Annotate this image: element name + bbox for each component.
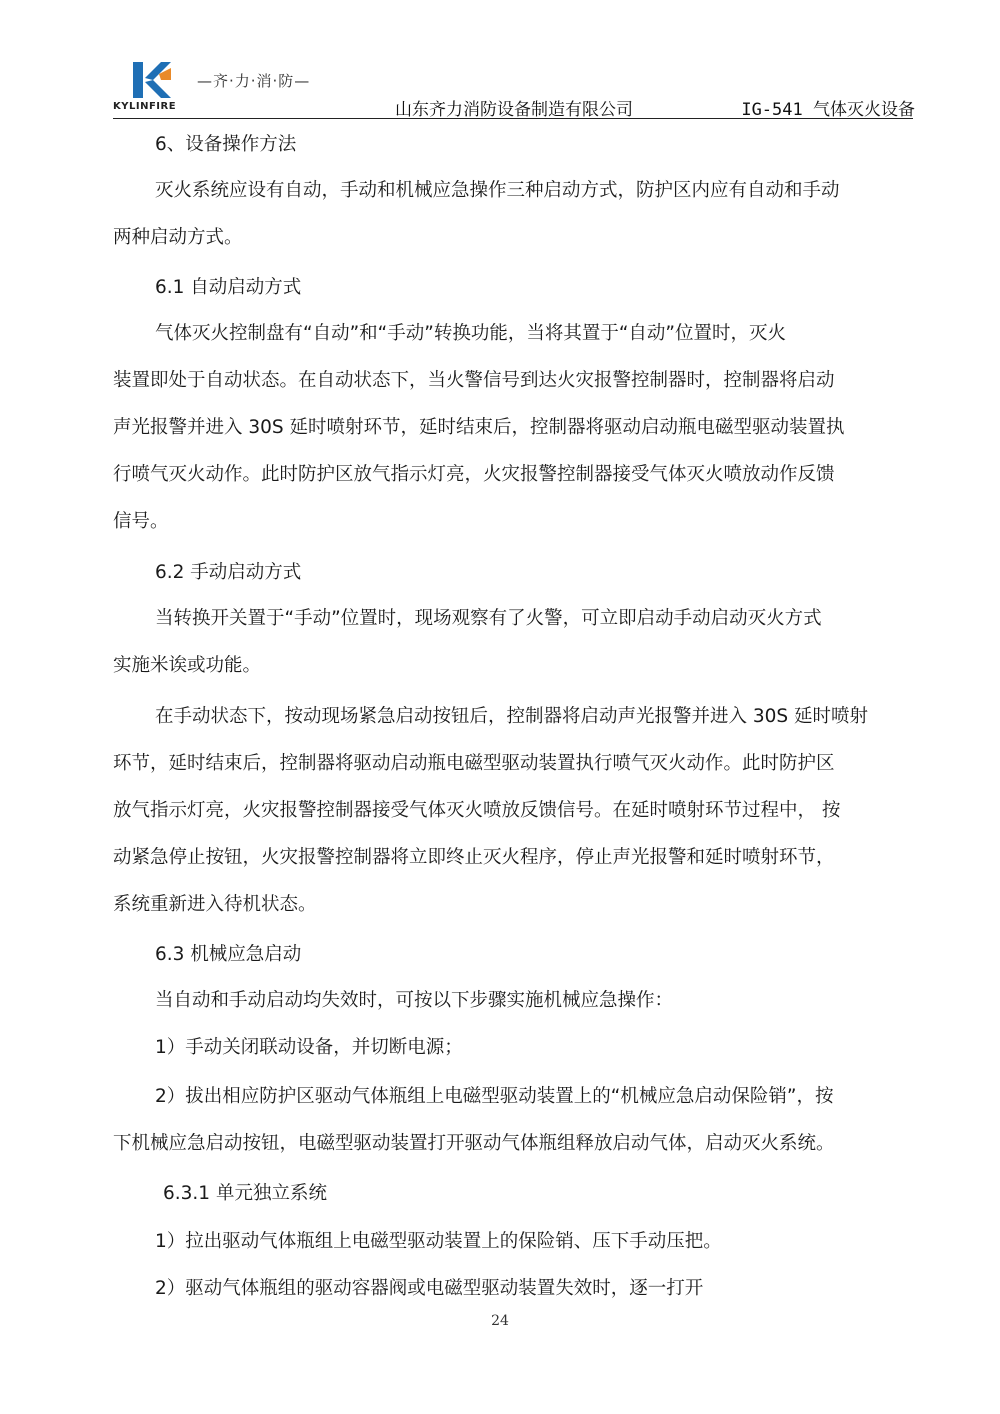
header-divider <box>113 118 913 119</box>
subsection-heading: 6.3.1 单元独立系统 <box>163 1179 327 1209</box>
section-heading: 6、设备操作方法 <box>155 130 296 160</box>
paragraph-line: 系统重新进入待机状态。 <box>113 890 317 920</box>
page-header: KYLINFIRE —齐·力·消·防— 山东齐力消防设备制造有限公司 IG-54… <box>113 58 915 118</box>
list-item: 2）驱动气体瓶组的驱动容器阀或电磁型驱动装置失效时，逐一打开 <box>155 1274 703 1304</box>
product-name: 气体灭火设备 <box>813 100 915 120</box>
paragraph-line: 行喷气灭火动作。此时防护区放气指示灯亮，火灾报警控制器接受气体灭火喷放动作反馈 <box>113 460 835 490</box>
paragraph-line: 声光报警并进入 30S 延时喷射环节，延时结束后，控制器将驱动启动瓶电磁型驱动装… <box>113 413 845 443</box>
paragraph-line: 动紧急停止按钮，火灾报警控制器将立即终止灭火程序，停止声光报警和延时喷射环节， <box>113 843 835 873</box>
section-heading: 6.3 机械应急启动 <box>155 940 301 970</box>
company-logo: KYLINFIRE <box>113 58 203 118</box>
paragraph-line: 信号。 <box>113 507 169 537</box>
section-heading: 6.2 手动启动方式 <box>155 558 301 588</box>
logo-wordmark: KYLINFIRE <box>113 101 176 112</box>
product-code: IG-541 <box>741 100 802 120</box>
section-heading: 6.1 自动启动方式 <box>155 273 301 303</box>
paragraph-line: 灭火系统应设有自动，手动和机械应急操作三种启动方式，防护区内应有自动和手动 <box>155 176 840 206</box>
paragraph-line: 当自动和手动启动均失效时，可按以下步骤实施机械应急操作： <box>155 986 673 1016</box>
paragraph-line: 实施米诶或功能。 <box>113 651 261 681</box>
company-name: 山东齐力消防设备制造有限公司 <box>395 95 633 120</box>
paragraph-line: 放气指示灯亮，火灾报警控制器接受气体灭火喷放反馈信号。在延时喷射环节过程中， 按 <box>113 796 840 826</box>
paragraph-line: 下机械应急启动按钮，电磁型驱动装置打开驱动气体瓶组释放启动气体，启动灭火系统。 <box>113 1129 835 1159</box>
paragraph-line: 两种启动方式。 <box>113 223 243 253</box>
paragraph-line: 在手动状态下，按动现场紧急启动按钮后，控制器将启动声光报警并进入 30S 延时喷… <box>155 702 868 732</box>
page-number: 24 <box>0 1313 1000 1329</box>
paragraph-line: 装置即处于自动状态。在自动状态下，当火警信号到达火灾报警控制器时，控制器将启动 <box>113 366 835 396</box>
paragraph-line: 气体灭火控制盘有“自动”和“手动”转换功能，当将其置于“自动”位置时，灭火 <box>155 319 786 349</box>
list-item: 2）拔出相应防护区驱动气体瓶组上电磁型驱动装置上的“机械应急启动保险销”，按 <box>155 1082 833 1112</box>
paragraph-line: 环节，延时结束后，控制器将驱动启动瓶电磁型驱动装置执行喷气灭火动作。此时防护区 <box>113 749 835 779</box>
list-item: 1）手动关闭联动设备，并切断电源； <box>155 1033 463 1063</box>
list-item: 1）拉出驱动气体瓶组上电磁型驱动装置上的保险销、压下手动压把。 <box>155 1227 722 1257</box>
paragraph-line: 当转换开关置于“手动”位置时，现场观察有了火警，可立即启动手动启动灭火方式 <box>155 604 822 634</box>
kylinfire-logo-icon <box>131 60 171 100</box>
product-title: IG-541 气体灭火设备 <box>741 95 915 120</box>
slogan: —齐·力·消·防— <box>197 70 310 91</box>
